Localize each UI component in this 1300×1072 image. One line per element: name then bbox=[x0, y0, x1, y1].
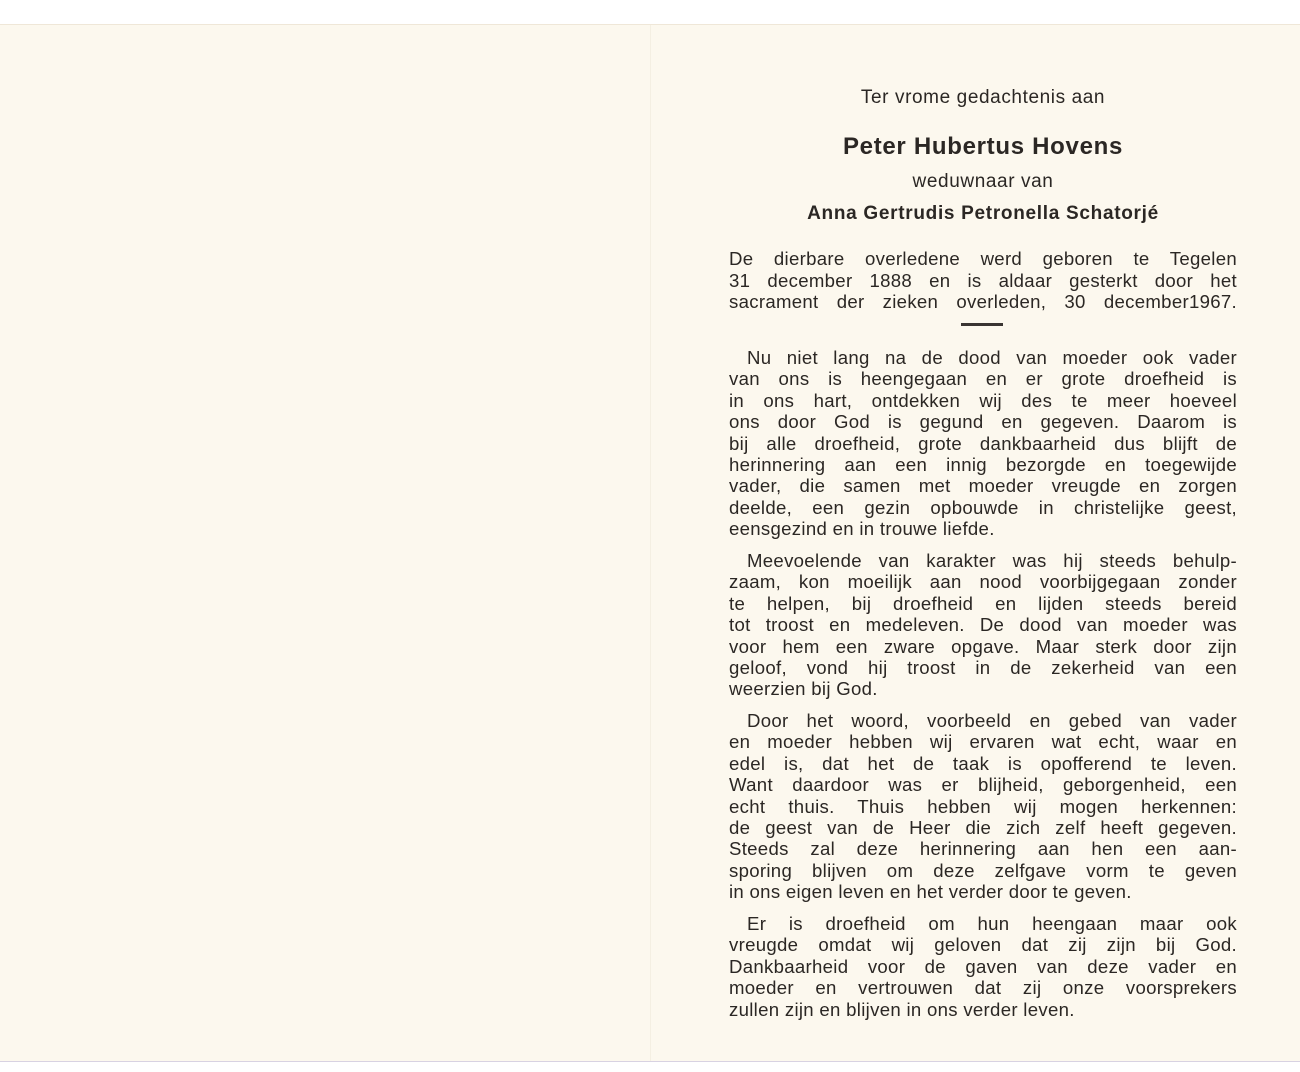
paragraph-line: weerzien bij God. bbox=[729, 678, 1237, 699]
paragraph-line: Want daardoor was er blijheid, geborgenh… bbox=[729, 774, 1237, 795]
paragraph-line: deelde, een gezin opbouwde in christelij… bbox=[729, 497, 1237, 518]
paragraph-line: Steeds zal deze herinnering aan hen een … bbox=[729, 838, 1237, 859]
paragraph-line: de geest van de Heer die zich zelf heeft… bbox=[729, 817, 1237, 838]
blank-left-page bbox=[0, 25, 650, 1061]
paragraph-line: Meevoelende van karakter was hij steeds … bbox=[729, 550, 1237, 571]
paragraph-1: Nu niet lang na de dood van moeder ook v… bbox=[729, 347, 1237, 540]
paragraph-line: Door het woord, voorbeeld en gebed van v… bbox=[729, 710, 1237, 731]
paragraph-line: geloof, vond hij troost in de zekerheid … bbox=[729, 657, 1237, 678]
statement-line: De dierbare overledene werd geboren te T… bbox=[729, 248, 1237, 270]
paragraph-line: te helpen, bij droefheid en lijden steed… bbox=[729, 593, 1237, 614]
paragraph-line: moeder en vertrouwen dat zij onze voorsp… bbox=[729, 977, 1237, 998]
paragraph-line: Er is droefheid om hun heengaan maar ook bbox=[729, 913, 1237, 934]
paragraph-line: echt thuis. Thuis hebben wij mogen herke… bbox=[729, 796, 1237, 817]
paragraph-line: tot troost en medeleven. De dood van moe… bbox=[729, 614, 1237, 635]
paragraph-line: ons door God is gegund en gegeven. Daaro… bbox=[729, 411, 1237, 432]
paragraph-line: en moeder hebben wij ervaren wat echt, w… bbox=[729, 731, 1237, 752]
section-divider bbox=[961, 323, 1003, 326]
paragraph-line: Dankbaarheid voor de gaven van deze vade… bbox=[729, 956, 1237, 977]
birth-death-statement: De dierbare overledene werd geboren te T… bbox=[729, 248, 1237, 313]
paragraph-line: voor hem een zware opgave. Maar sterk do… bbox=[729, 636, 1237, 657]
deceased-name: Peter Hubertus Hovens bbox=[729, 133, 1237, 161]
paragraph-line: herinnering aan een innig bezorgde en to… bbox=[729, 454, 1237, 475]
paragraph-line: van ons is heengegaan en er grote droefh… bbox=[729, 368, 1237, 389]
card-fold bbox=[650, 25, 651, 1061]
paragraph-4: Er is droefheid om hun heengaan maar ook… bbox=[729, 913, 1237, 1020]
paragraph-line: eensgezind en in trouwe liefde. bbox=[729, 518, 1237, 539]
relation-text: weduwnaar van bbox=[729, 171, 1237, 193]
paragraph-2: Meevoelende van karakter was hij steeds … bbox=[729, 550, 1237, 700]
paragraph-line: sporing blijven om deze zelfgave vorm te… bbox=[729, 860, 1237, 881]
paragraph-line: in ons hart, ontdekken wij des te meer h… bbox=[729, 390, 1237, 411]
paragraph-line: in ons eigen leven en het verder door te… bbox=[729, 881, 1237, 902]
paragraph-line: edel is, dat het de taak is opofferend t… bbox=[729, 753, 1237, 774]
paragraph-line: zaam, kon moeilijk aan nood voorbijgegaa… bbox=[729, 571, 1237, 592]
paragraph-line: bij alle droefheid, grote dankbaarheid d… bbox=[729, 433, 1237, 454]
statement-line: sacrament der zieken overleden, 30 decem… bbox=[729, 291, 1237, 313]
memorial-card: Ter vrome gedachtenis aan Peter Hubertus… bbox=[0, 24, 1300, 1062]
statement-line: 31 december 1888 en is aldaar gesterkt d… bbox=[729, 270, 1237, 292]
paragraph-line: zullen zijn en blijven in ons verder lev… bbox=[729, 999, 1237, 1020]
spouse-name: Anna Gertrudis Petronella Schatorjé bbox=[729, 203, 1237, 225]
intro-heading: Ter vrome gedachtenis aan bbox=[729, 87, 1237, 109]
paragraph-line: vreugde omdat wij geloven dat zij zijn b… bbox=[729, 934, 1237, 955]
paragraph-line: vader, die samen met moeder vreugde en z… bbox=[729, 475, 1237, 496]
paragraph-line: Nu niet lang na de dood van moeder ook v… bbox=[729, 347, 1237, 368]
paragraph-3: Door het woord, voorbeeld en gebed van v… bbox=[729, 710, 1237, 903]
memorial-text-page: Ter vrome gedachtenis aan Peter Hubertus… bbox=[729, 25, 1237, 1061]
